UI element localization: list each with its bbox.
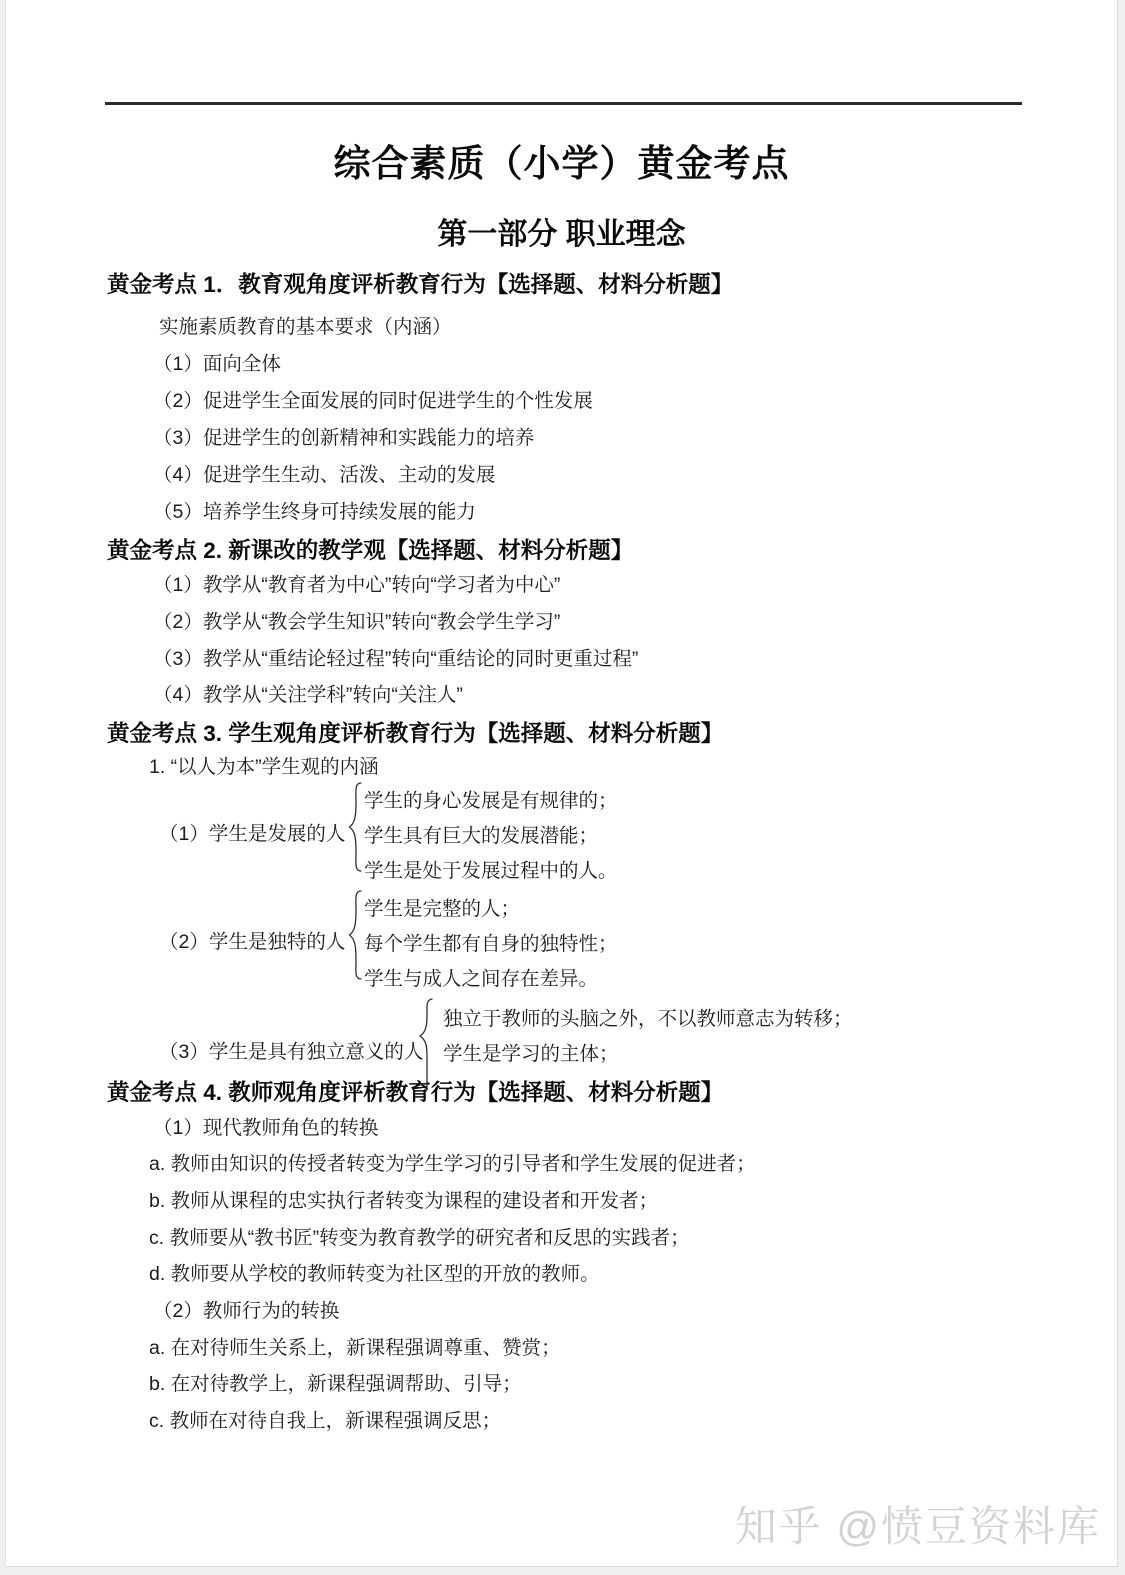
list-item: （1）面向全体: [153, 348, 281, 376]
brace-item: 学生是完整的人；: [364, 893, 520, 921]
brace-group-label: （2）学生是独特的人: [159, 926, 345, 954]
list-item: （1）现代教师角色的转换: [153, 1112, 378, 1140]
brace-item: 学生是学习的主体；: [443, 1038, 619, 1066]
list-item: （3）教学从“重结论轻过程”转向“重结论的同时更重过程”: [153, 643, 638, 671]
list-item: （2）促进学生全面发展的同时促进学生的个性发展: [153, 385, 593, 413]
section-1-intro: 实施素质教育的基本要求（内涵）: [159, 311, 452, 339]
list-item: （5）培养学生终身可持续发展的能力: [153, 496, 476, 524]
brace-group-label: （1）学生是发展的人: [159, 818, 345, 846]
brace-item: 学生与成人之间存在差异。: [364, 963, 598, 991]
list-item: b. 教师从课程的忠实执行者转变为课程的建设者和开发者；: [149, 1185, 658, 1213]
left-brace-glyph: [347, 782, 363, 872]
section-1-heading: 黄金考点 1．教育观角度评析教育行为【选择题、材料分析题】: [107, 267, 733, 299]
list-item: d. 教师要从学校的教师转变为社区型的开放的教师。: [149, 1258, 600, 1286]
list-item: （4）促进学生生动、活泼、主动的发展: [153, 459, 495, 487]
left-brace-glyph: [347, 890, 363, 980]
brace-item: 学生是处于发展过程中的人。: [364, 855, 618, 883]
top-rule: [105, 102, 1022, 105]
list-item: （4）教学从“关注学科”转向“关注人”: [153, 679, 463, 707]
list-item: （3）促进学生的创新精神和实践能力的培养: [153, 422, 534, 450]
section-3-intro: 1. “以人为本”学生观的内涵: [149, 751, 379, 779]
part-heading: 第一部分 职业理念: [6, 209, 1117, 253]
section-4-heading: 黄金考点 4. 教师观角度评析教育行为【选择题、材料分析题】: [107, 1075, 723, 1107]
left-brace-glyph: [417, 998, 435, 1090]
document-viewer: { "page": { "title": "综合素质（小学）黄金考点", "su…: [0, 0, 1125, 1575]
list-item: c. 教师要从“教书匠”转变为教育教学的研究者和反思的实践者；: [149, 1222, 690, 1250]
brace-item: 学生具有巨大的发展潜能；: [364, 820, 598, 848]
list-item: （2）教师行为的转换: [153, 1295, 339, 1323]
document-page: 综合素质（小学）黄金考点 第一部分 职业理念 黄金考点 1．教育观角度评析教育行…: [5, 0, 1118, 1567]
watermark: 知乎 @愤豆资料库: [735, 1494, 1101, 1554]
brace-item: 学生的身心发展是有规律的；: [364, 785, 618, 813]
section-3-heading: 黄金考点 3. 学生观角度评析教育行为【选择题、材料分析题】: [107, 716, 723, 748]
list-item: b. 在对待教学上，新课程强调帮助、引导；: [149, 1368, 522, 1396]
list-item: （1）教学从“教育者为中心”转向“学习者为中心”: [153, 569, 560, 597]
list-item: a. 在对待师生关系上，新课程强调尊重、赞赏；: [149, 1332, 561, 1360]
brace-item: 独立于教师的头脑之外，不以教师意志为转移；: [443, 1003, 853, 1031]
list-item: （2）教学从“教会学生知识”转向“教会学生学习”: [153, 606, 560, 634]
page-title: 综合素质（小学）黄金考点: [6, 133, 1117, 187]
section-2-heading: 黄金考点 2. 新课改的教学观【选择题、材料分析题】: [107, 533, 633, 565]
brace-item: 每个学生都有自身的独特性；: [364, 928, 618, 956]
list-item: c. 教师在对待自我上，新课程强调反思；: [149, 1405, 501, 1433]
brace-group-label: （3）学生是具有独立意义的人: [159, 1036, 423, 1064]
list-item: a. 教师由知识的传授者转变为学生学习的引导者和学生发展的促进者；: [149, 1148, 756, 1176]
